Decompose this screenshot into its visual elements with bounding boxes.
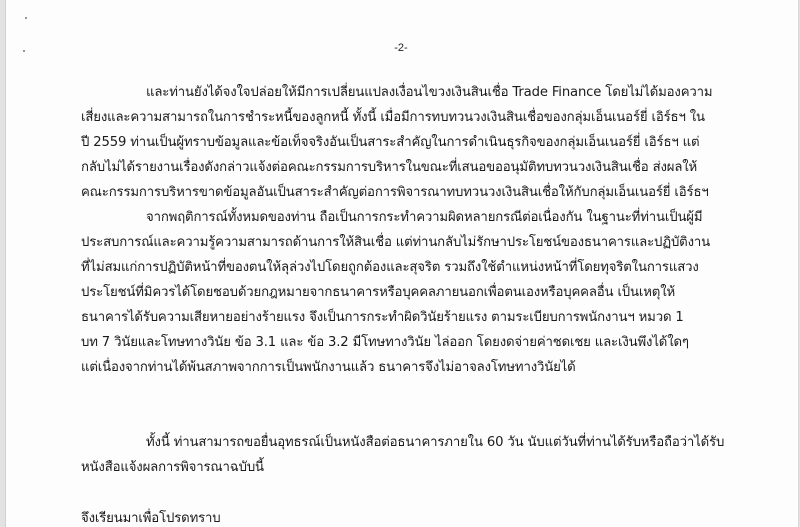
document-page: -2- และท่านยังได้จงใจปล่อยให้มีการเปลี่ย… [5,0,799,527]
paragraph-2-line-5: ธนาคารได้รับความเสียหายอย่างร้ายแรง จึงเ… [81,309,684,327]
closing-line: จึงเรียนมาเพื่อโปรดทราบ [81,510,221,527]
paragraph-2-line-6: บท 7 วินัยและโทษทางวินัย ข้อ 3.1 และ ข้อ… [81,334,689,352]
paragraph-1-line-4: กลับไม่ได้รายงานเรื่องดังกล่าวแจ้งต่อคณะ… [81,159,697,177]
page-number: -2- [6,42,796,54]
paragraph-2-line-1: จากพฤติการณ์ทั้งหมดของท่าน ถือเป็นการกระ… [146,209,702,227]
paragraph-1-line-5: คณะกรรมการบริหารขาดข้อมูลอันเป็นสาระสำคั… [81,184,709,202]
paragraph-2-line-4: ประโยชน์ที่มิควรได้โดยชอบด้วยกฎหมายจากธน… [81,284,675,302]
paragraph-2-line-7: แต่เนื่องจากท่านได้พ้นสภาพจากการเป็นพนัก… [81,359,576,377]
paragraph-2-line-3: ที่ไม่สมแก่การปฏิบัติหน้าที่ของตนให้ลุล่… [81,259,699,277]
paragraph-1-line-3: ปี 2559 ท่านเป็นผู้ทราบข้อมูลและข้อเท็จจ… [81,134,699,152]
scan-speck [25,17,27,19]
paragraph-3-line-1: ทั้งนี้ ท่านสามารถขอยื่นอุทธรณ์เป็นหนังส… [146,434,724,452]
paragraph-3-line-2: หนังสือแจ้งผลการพิจารณาฉบับนี้ [81,459,264,477]
paragraph-1-line-1: และท่านยังได้จงใจปล่อยให้มีการเปลี่ยนแปล… [146,84,712,102]
paragraph-1-line-2: เสี่ยงและความสามารถในการชำระหนี้ของลูกหน… [81,109,705,127]
paragraph-2-line-2: ประสบการณ์และความรู้ความสามารถด้านการให้… [81,234,710,252]
